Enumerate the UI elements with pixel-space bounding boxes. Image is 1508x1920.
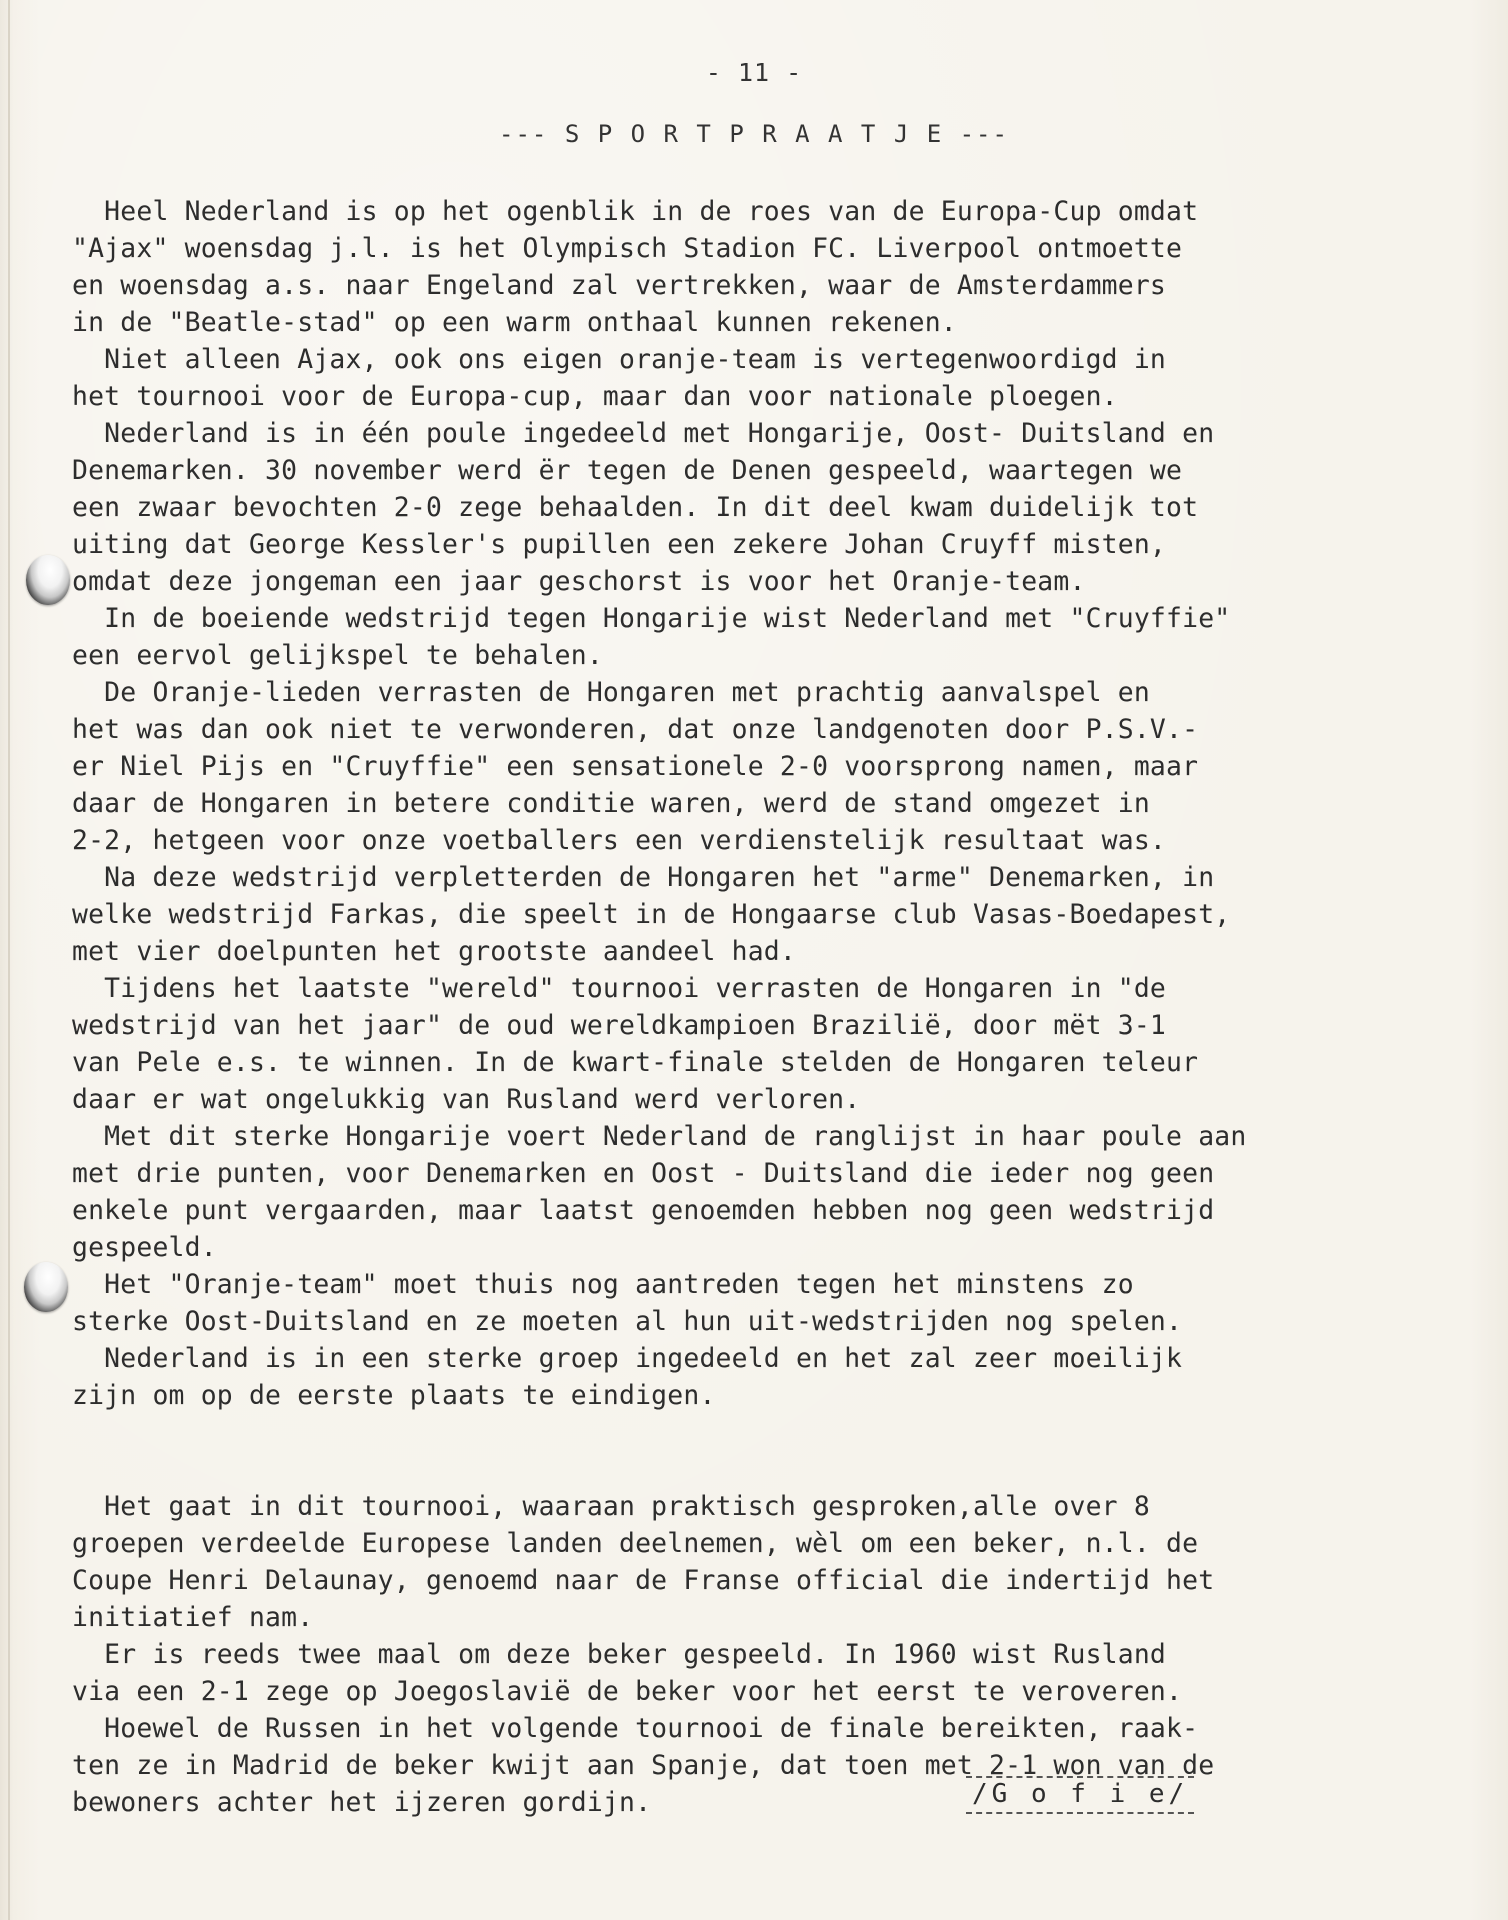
punch-hole-icon <box>24 1262 68 1312</box>
text-line: een zwaar bevochten 2-0 zege behaalden. … <box>72 489 1492 526</box>
text-line: Denemarken. 30 november werd ër tegen de… <box>72 452 1492 489</box>
text-line: In de boeiende wedstrijd tegen Hongarije… <box>72 600 1492 637</box>
text-line: Heel Nederland is op het ogenblik in de … <box>72 193 1492 230</box>
text-line: Er is reeds twee maal om deze beker gesp… <box>72 1636 1492 1673</box>
text-line: 2-2, hetgeen voor onze voetballers een v… <box>72 822 1492 859</box>
text-line: initiatief nam. <box>72 1599 1492 1636</box>
text-line: welke wedstrijd Farkas, die speelt in de… <box>72 896 1492 933</box>
text-line: een eervol gelijkspel te behalen. <box>72 637 1492 674</box>
text-line: Tijdens het laatste "wereld" tournooi ve… <box>72 970 1492 1007</box>
text-line: Het "Oranje-team" moet thuis nog aantred… <box>72 1266 1492 1303</box>
binding-edge <box>8 0 10 1920</box>
text-line: zijn om op de eerste plaats te eindigen. <box>72 1377 1492 1414</box>
blank-line <box>72 1414 1492 1451</box>
text-line: en woensdag a.s. naar Engeland zal vertr… <box>72 267 1492 304</box>
text-line: Nederland is in een sterke groep ingedee… <box>72 1340 1492 1377</box>
text-line: Coupe Henri Delaunay, genoemd naar de Fr… <box>72 1562 1492 1599</box>
text-line: Het gaat in dit tournooi, waaraan prakti… <box>72 1488 1492 1525</box>
text-line: groepen verdeelde Europese landen deelne… <box>72 1525 1492 1562</box>
article-body: Heel Nederland is op het ogenblik in de … <box>72 193 1492 1821</box>
text-line: daar de Hongaren in betere conditie ware… <box>72 785 1492 822</box>
text-line: het tournooi voor de Europa-cup, maar da… <box>72 378 1492 415</box>
text-line: het was dan ook niet te verwonderen, dat… <box>72 711 1492 748</box>
punch-hole-icon <box>26 555 70 605</box>
text-line: van Pele e.s. te winnen. In de kwart-fin… <box>72 1044 1492 1081</box>
text-line: Na deze wedstrijd verpletterden de Honga… <box>72 859 1492 896</box>
text-line: met drie punten, voor Denemarken en Oost… <box>72 1155 1492 1192</box>
text-line: Niet alleen Ajax, ook ons eigen oranje-t… <box>72 341 1492 378</box>
page-title: --- S P O R T P R A A T J E --- <box>0 120 1508 148</box>
text-line: omdat deze jongeman een jaar geschorst i… <box>72 563 1492 600</box>
text-line: met vier doelpunten het grootste aandeel… <box>72 933 1492 970</box>
text-line: Nederland is in één poule ingedeeld met … <box>72 415 1492 452</box>
document-page: - 11 - --- S P O R T P R A A T J E --- H… <box>0 0 1508 1920</box>
text-line: in de "Beatle-stad" op een warm onthaal … <box>72 304 1492 341</box>
text-line: sterke Oost-Duitsland en ze moeten al hu… <box>72 1303 1492 1340</box>
text-line: gespeeld. <box>72 1229 1492 1266</box>
text-line: ten ze in Madrid de beker kwijt aan Span… <box>72 1747 1492 1784</box>
text-line: De Oranje-lieden verrasten de Hongaren m… <box>72 674 1492 711</box>
text-line: daar er wat ongelukkig van Rusland werd … <box>72 1081 1492 1118</box>
text-line: uiting dat George Kessler's pupillen een… <box>72 526 1492 563</box>
author-signature: /G o f i e/ <box>966 1776 1194 1814</box>
page-number: - 11 - <box>0 58 1508 87</box>
blank-line <box>72 1451 1492 1488</box>
text-line: enkele punt vergaarden, maar laatst geno… <box>72 1192 1492 1229</box>
text-line: er Niel Pijs en "Cruyffie" een sensation… <box>72 748 1492 785</box>
text-line: wedstrijd van het jaar" de oud wereldkam… <box>72 1007 1492 1044</box>
text-line: Met dit sterke Hongarije voert Nederland… <box>72 1118 1492 1155</box>
text-line: bewoners achter het ijzeren gordijn. <box>72 1784 1492 1821</box>
text-line: "Ajax" woensdag j.l. is het Olympisch St… <box>72 230 1492 267</box>
text-line: Hoewel de Russen in het volgende tournoo… <box>72 1710 1492 1747</box>
text-line: via een 2-1 zege op Joegoslavië de beker… <box>72 1673 1492 1710</box>
